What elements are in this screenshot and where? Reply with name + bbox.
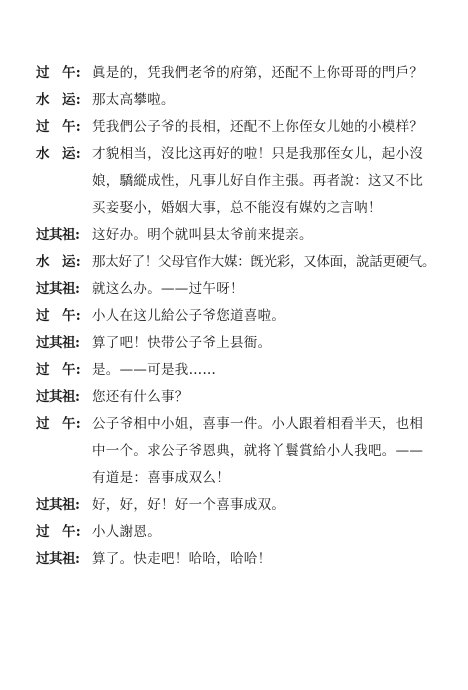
dialogue-text: 小人謝恩。 bbox=[92, 521, 161, 543]
dialogue-text: 那太好了！父母官作大媒：旣光彩，又体面，說話更硬气。 bbox=[92, 251, 435, 273]
dialogue-text: 好，好，好！好一个喜事成双。 bbox=[92, 494, 285, 516]
dialogue-text: 才貌相当，沒比这再好的啦！只是我那侄女儿，起小沒 bbox=[92, 143, 423, 165]
dialogue-text: 这好办。明个就叫县太爷前来提亲。 bbox=[92, 224, 313, 246]
dialogue-text: 就这么办。——过午呀！ bbox=[92, 278, 244, 300]
dialogue-text: 算了。快走吧！哈哈，哈哈！ bbox=[92, 548, 271, 570]
dialogue-text: 小人在这儿給公子爷您道喜啦。 bbox=[92, 305, 285, 327]
dialogue-text: 那太高攀啦。 bbox=[92, 89, 175, 111]
dialogue-text: 算了吧！快带公子爷上县衙。 bbox=[92, 332, 271, 354]
continuation-line: 有道是：喜事成双么！ bbox=[92, 467, 230, 489]
book-page: 过午: 眞是的，凭我們老爷的府第，还配不上你哥哥的門戶？ 水运: 那太高攀啦。 … bbox=[0, 0, 468, 690]
dialogue-text: 凭我們公子爷的長相，还配不上你侄女儿她的小模样？ bbox=[92, 116, 423, 138]
dialogue-text: 公子爷相中小姐，喜事一件。小人跟着相看半天，也相 bbox=[92, 413, 423, 435]
continuation-line: 娘，驕縱成性，凡事儿好自作主張。再者說：这又不比 bbox=[92, 170, 423, 192]
dialogue-text: 眞是的，凭我們老爷的府第，还配不上你哥哥的門戶？ bbox=[92, 62, 423, 84]
dialogue-text: 您还有什么事？ bbox=[92, 386, 189, 408]
continuation-line: 买妾娶小，婚姻大事，总不能沒有媒妁之言呐！ bbox=[92, 197, 382, 219]
dialogue-text: 是。——可是我…… bbox=[92, 359, 216, 381]
continuation-line: 中一个。求公子爷恩典，就将丫鬟賞給小人我吧。—— bbox=[92, 440, 423, 462]
